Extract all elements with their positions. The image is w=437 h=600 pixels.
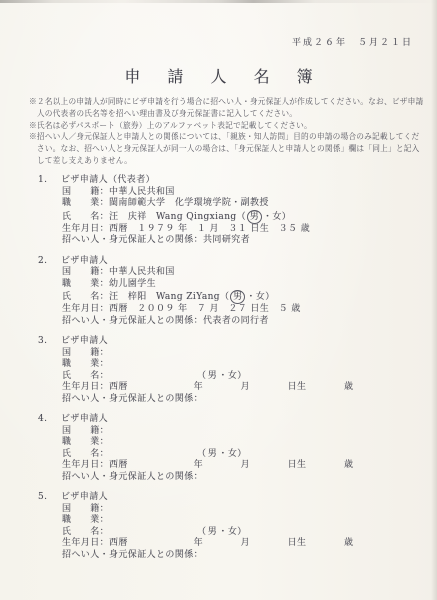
gender-field: （男・女）	[220, 292, 275, 302]
nationality-row: 国 籍：	[38, 426, 425, 438]
gender-paren: ）	[237, 371, 246, 381]
birthdate-label: 生年月日：	[62, 304, 109, 314]
gender-paren: （	[220, 292, 229, 302]
section-title: ビザ申請人	[61, 492, 108, 502]
birthdate-row: 生年月日：西暦 年 月 日生 歳	[38, 538, 425, 550]
relation-row: 招へい人・身元保証人との関係：	[38, 472, 425, 484]
occupation-row: 職 業：	[38, 359, 425, 371]
applicant-section-4: 4.ビザ申請人 国 籍： 職 業： 氏 名：（男・女） 生年月日：西暦 年 月 …	[38, 414, 425, 483]
relation-row: 招へい人・身元保証人との関係：共同研究者	[38, 235, 425, 247]
note-line: ※氏名は必ずパスポート（旅券）上のアルファベット表記で記載してください。	[29, 120, 421, 132]
gender-paren: （	[237, 212, 246, 222]
gender-male: 男	[207, 527, 217, 539]
name-label: 氏 名：	[62, 527, 109, 537]
nationality-label: 国 籍：	[62, 187, 109, 197]
section-number: 2.	[38, 256, 61, 268]
section-title: ビザ申請人（代表者）	[61, 175, 155, 185]
section-title: ビザ申請人	[61, 336, 108, 346]
birthdate-value: 西暦 ２００９ 年 ７ 月 ２７ 日生 ５ 歳	[109, 304, 301, 314]
name-value: 汪 庆祥 Wang Qingxiang	[109, 212, 237, 224]
occupation-label: 職 業：	[62, 359, 109, 369]
occupation-row: 職 業：閩南師範大学 化学環境学院・副教授	[38, 198, 425, 210]
applicant-sections: 1.ビザ申請人（代表者） 国 籍：中華人民共和国 職 業：閩南師範大学 化学環境…	[38, 175, 425, 570]
gender-male: 男	[207, 371, 217, 383]
occupation-label: 職 業：	[62, 198, 109, 208]
note-line: 人の代表者の氏名等を招へい理由書及び身元保証書に記入してください。	[29, 108, 421, 120]
gender-paren: （	[197, 527, 206, 537]
section-number: 4.	[38, 414, 61, 426]
gender-separator: ・	[246, 292, 255, 302]
name-row: 氏 名：（男・女）	[38, 449, 425, 461]
relation-label: 招へい人・身元保証人との関係：	[62, 316, 203, 326]
name-label: 氏 名：	[62, 449, 109, 459]
birthdate-label: 生年月日：	[62, 538, 109, 548]
name-row: 氏 名：（男・女）	[38, 527, 425, 539]
name-row: 氏 名：汪 梓阳 Wang ZiYang（男・女）	[38, 290, 425, 304]
nationality-label: 国 籍：	[62, 267, 109, 277]
gender-male-circled: 男	[230, 290, 245, 304]
relation-label: 招へい人・身元保証人との関係：	[62, 472, 203, 482]
birthdate-row: 生年月日：西暦 １９７９ 年 １ 月 ３１ 日生 ３５ 歳	[38, 224, 425, 236]
gender-paren: （	[197, 449, 206, 459]
relation-row: 招へい人・身元保証人との関係：	[38, 394, 425, 406]
relation-label: 招へい人・身元保証人との関係：	[62, 394, 203, 404]
name-row: 氏 名：汪 庆祥 Wang Qingxiang（男・女）	[38, 210, 425, 224]
birthdate-value: 西暦 年 月 日生 歳	[109, 382, 353, 392]
gender-separator: ・	[218, 449, 227, 459]
page-title: 申 請 人 名 簿	[0, 64, 437, 87]
birthdate-value: 西暦 １９７９ 年 １ 月 ３１ 日生 ３５ 歳	[109, 224, 310, 234]
birthdate-row: 生年月日：西暦 年 月 日生 歳	[38, 382, 425, 394]
gender-paren: （	[197, 371, 206, 381]
note-line: ※招へい人／身元保証人と申請人との関係については、「親族・知人訪問」目的の申請の…	[29, 131, 421, 143]
nationality-row: 国 籍：	[38, 504, 425, 516]
birthdate-value: 西暦 年 月 日生 歳	[109, 460, 353, 470]
gender-paren: ）	[237, 527, 246, 537]
name-value: 汪 梓阳 Wang ZiYang	[109, 292, 220, 304]
gender-field: （男・女）	[197, 371, 247, 381]
birthdate-value: 西暦 年 月 日生 歳	[109, 538, 353, 548]
document-date: 平成２６年 ５月２１日	[292, 35, 413, 48]
relation-value: 共同研究者	[203, 235, 250, 245]
instruction-notes: ※２名以上の申請人が同時にビザ申請を行う場合に招へい人・身元保証人が作成してくだ…	[29, 96, 421, 167]
gender-separator: ・	[218, 527, 227, 537]
birthdate-label: 生年月日：	[62, 382, 109, 392]
birthdate-row: 生年月日：西暦 ２００９ 年 ７ 月 ２７ 日生 ５ 歳	[38, 304, 425, 316]
note-line: して差し支えありません。	[29, 155, 421, 167]
gender-separator: ・	[263, 212, 272, 222]
gender-field: （男・女）	[237, 212, 292, 222]
section-title: ビザ申請人	[61, 256, 108, 266]
nationality-row: 国 籍：中華人民共和国	[38, 187, 425, 199]
gender-female: 女	[228, 449, 237, 459]
nationality-value: 中華人民共和国	[109, 187, 175, 197]
birthdate-label: 生年月日：	[62, 224, 109, 234]
gender-male: 男	[207, 449, 217, 461]
gender-separator: ・	[218, 371, 227, 381]
occupation-label: 職 業：	[62, 279, 109, 289]
section-number: 5.	[38, 492, 61, 504]
section-title: ビザ申請人	[61, 414, 108, 424]
relation-row: 招へい人・身元保証人との関係：	[38, 550, 425, 562]
gender-paren: ）	[282, 212, 291, 222]
relation-label: 招へい人・身元保証人との関係：	[62, 235, 203, 245]
occupation-label: 職 業：	[62, 515, 109, 525]
note-line: ※２名以上の申請人が同時にビザ申請を行う場合に招へい人・身元保証人が作成してくだ…	[29, 96, 421, 108]
relation-label: 招へい人・身元保証人との関係：	[62, 550, 203, 560]
scan-edge-artifact	[0, 0, 437, 3]
occupation-row: 職 業：	[38, 515, 425, 527]
nationality-label: 国 籍：	[62, 426, 109, 436]
note-line: さい。なお、招へい人と身元保証人が同一人の場合は、「身元保証人と申請人との関係」…	[29, 143, 421, 155]
gender-male-circled: 男	[247, 210, 262, 224]
gender-female: 女	[272, 212, 281, 222]
nationality-row: 国 籍：中華人民共和国	[38, 267, 425, 279]
gender-paren: ）	[265, 292, 274, 302]
applicant-section-1: 1.ビザ申請人（代表者） 国 籍：中華人民共和国 職 業：閩南師範大学 化学環境…	[38, 175, 425, 247]
name-label: 氏 名：	[62, 212, 109, 222]
applicant-section-3: 3.ビザ申請人 国 籍： 職 業： 氏 名：（男・女） 生年月日：西暦 年 月 …	[38, 336, 425, 405]
occupation-value: 幼儿園学生	[109, 279, 156, 289]
name-row: 氏 名：（男・女）	[38, 371, 425, 383]
applicant-section-2: 2.ビザ申請人 国 籍：中華人民共和国 職 業：幼儿園学生 氏 名：汪 梓阳 W…	[38, 256, 425, 328]
section-number: 3.	[38, 336, 61, 348]
gender-paren: ）	[237, 449, 246, 459]
relation-value: 代表者の同行者	[203, 316, 269, 326]
occupation-label: 職 業：	[62, 437, 109, 447]
section-number: 1.	[38, 175, 61, 187]
nationality-label: 国 籍：	[62, 504, 109, 514]
gender-female: 女	[256, 292, 265, 302]
name-label: 氏 名：	[62, 371, 109, 381]
occupation-row: 職 業：幼儿園学生	[38, 279, 425, 291]
relation-row: 招へい人・身元保証人との関係：代表者の同行者	[38, 316, 425, 328]
scan-edge-artifact	[431, 0, 437, 600]
document-page: 平成２６年 ５月２１日 申 請 人 名 簿 ※２名以上の申請人が同時にビザ申請を…	[0, 0, 437, 600]
occupation-value: 閩南師範大学 化学環境学院・副教授	[109, 198, 269, 208]
applicant-section-5: 5.ビザ申請人 国 籍： 職 業： 氏 名：（男・女） 生年月日：西暦 年 月 …	[38, 492, 425, 561]
occupation-row: 職 業：	[38, 437, 425, 449]
gender-field: （男・女）	[197, 527, 247, 537]
nationality-value: 中華人民共和国	[109, 267, 175, 277]
name-label: 氏 名：	[62, 292, 109, 302]
gender-female: 女	[228, 527, 237, 537]
nationality-row: 国 籍：	[38, 348, 425, 360]
gender-female: 女	[228, 371, 237, 381]
birthdate-label: 生年月日：	[62, 460, 109, 470]
nationality-label: 国 籍：	[62, 348, 109, 358]
birthdate-row: 生年月日：西暦 年 月 日生 歳	[38, 460, 425, 472]
gender-field: （男・女）	[197, 449, 247, 459]
